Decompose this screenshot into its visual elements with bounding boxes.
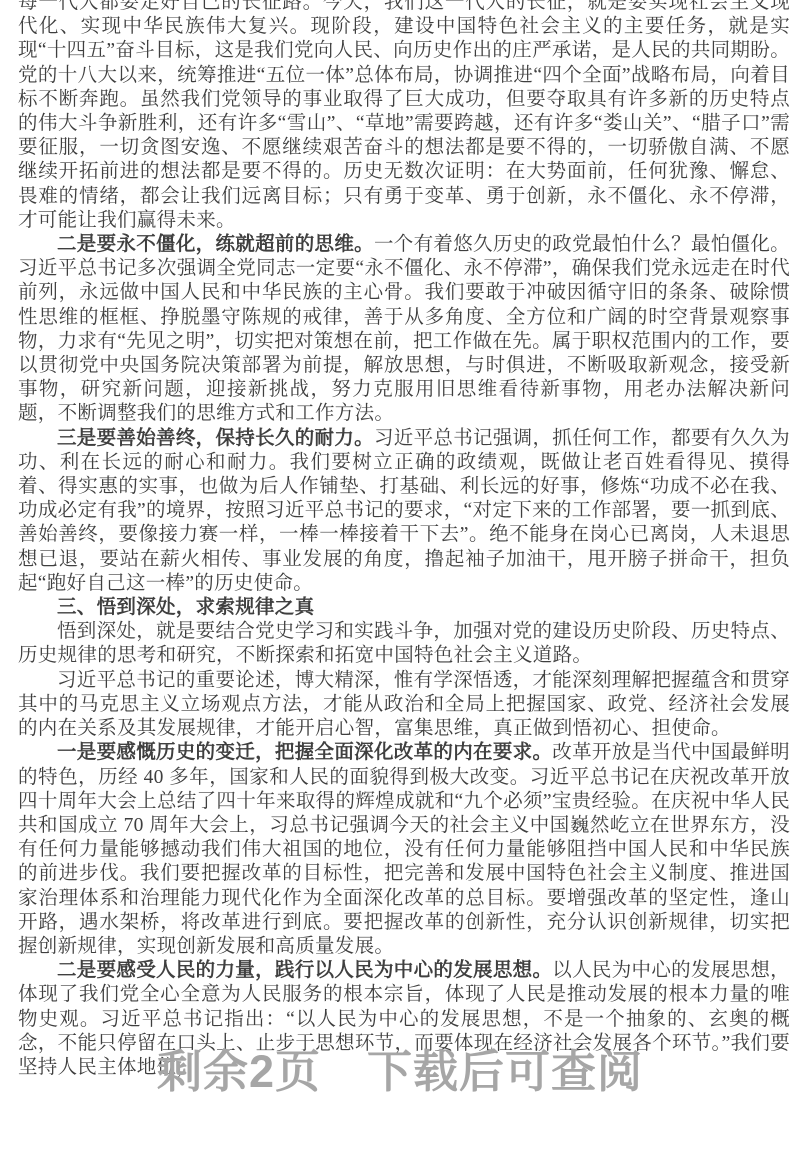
paragraph: 二是要永不僵化，练就超前的思维。一个有着悠久历史的政党最怕什么？最怕僵化。习近平… (18, 233, 790, 427)
document-text: 每一代人都要走好自己的长征路。今天，我们这一代人的长征，就是要实现社会主义现代化… (18, 0, 790, 1080)
section-heading: 三、悟到深处，求索规律之真 (18, 596, 790, 620)
paragraph-lead: 二是要永不僵化，练就超前的思维。 (57, 234, 374, 255)
remaining-pages-notice: 剩余2页 下载后可查阅 (0, 1046, 800, 1098)
paragraph: 三是要善始善终，保持长久的耐力。习近平总书记强调，抓任何工作，都要有久久为功、利… (18, 427, 790, 596)
paragraph-lead: 一是要感慨历史的变迁，把握全面深化改革的内在要求。 (57, 742, 552, 763)
paragraph: 习近平总书记的重要论述，博大精深，惟有学深悟透，才能深刻理解把握蕴含和贯穿其中的… (18, 669, 790, 742)
paragraph: 悟到深处，就是要结合党史学习和实践斗争，加强对党的建设历史阶段、历史特点、历史规… (18, 620, 790, 668)
paragraph-lead: 三是要善始善终，保持长久的耐力。 (57, 428, 374, 449)
paragraph-lead: 二是要感受人民的力量，践行以人民为中心的发展思想。 (57, 960, 552, 981)
paragraph: 一是要感慨历史的变迁，把握全面深化改革的内在要求。改革开放是当代中国最鲜明的特色… (18, 741, 790, 959)
paragraph: 每一代人都要走好自己的长征路。今天，我们这一代人的长征，就是要实现社会主义现代化… (18, 0, 790, 233)
